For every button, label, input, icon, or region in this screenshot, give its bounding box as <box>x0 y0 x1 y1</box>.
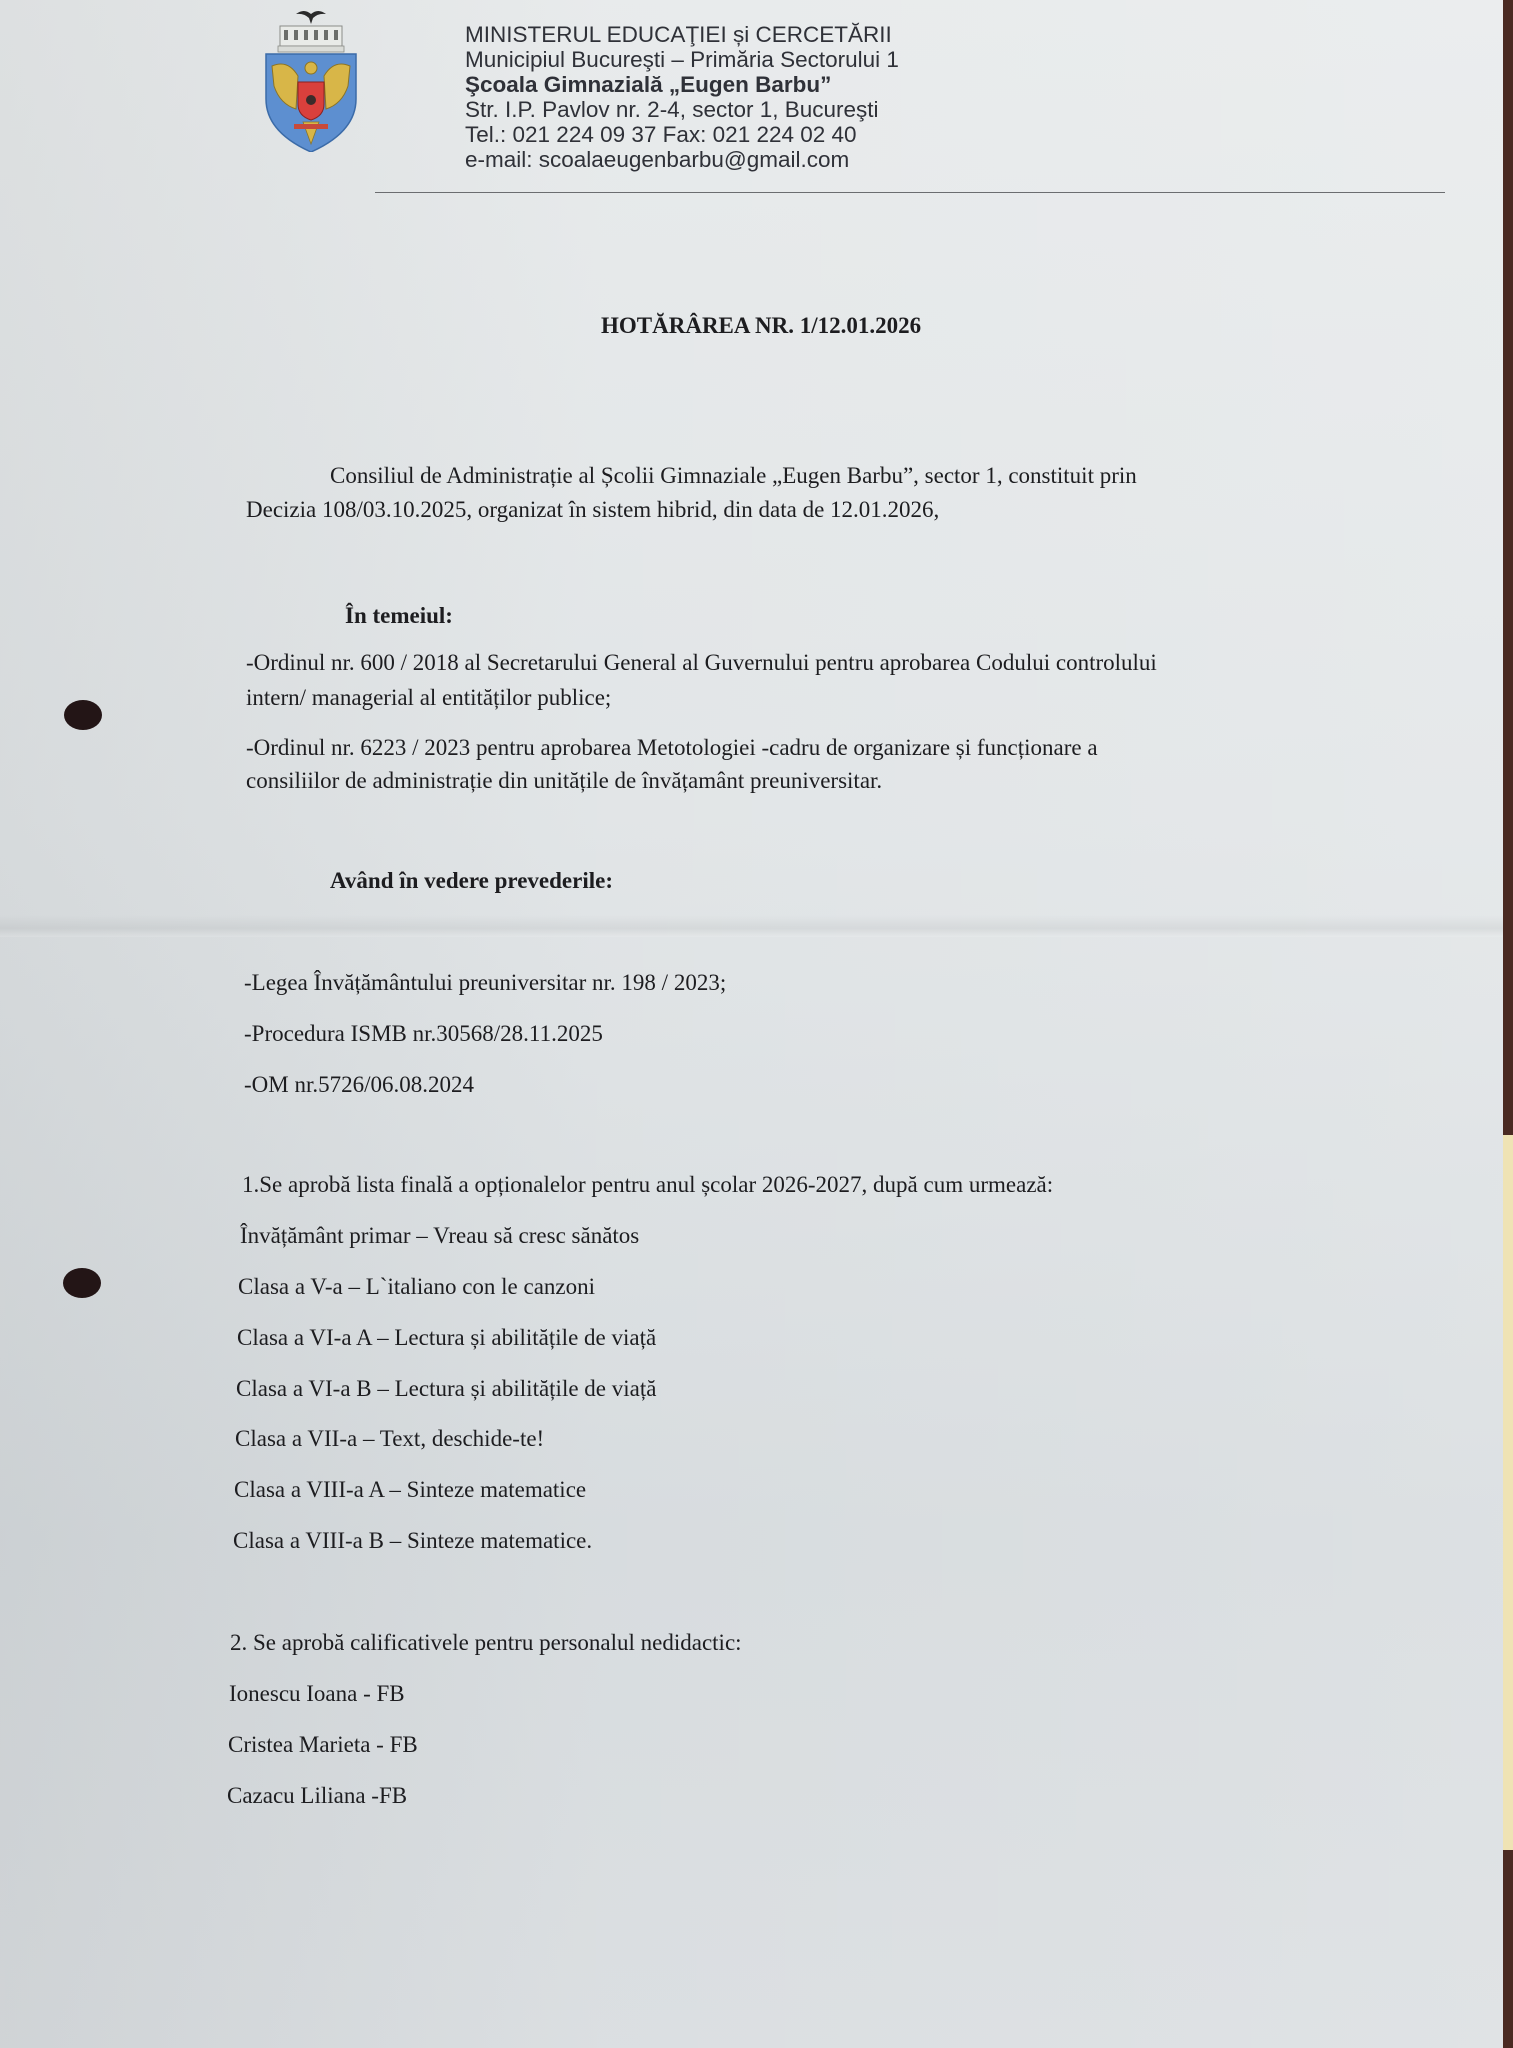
staff-rating-item: Cazacu Liliana -FB <box>227 1783 407 1809</box>
document-title: HOTĂRÂREA NR. 1/12.01.2026 <box>601 313 921 339</box>
decision-2-heading: 2. Se aprobă calificativele pentru perso… <box>230 1630 742 1656</box>
basis-item-1-line-2: intern/ managerial al entităților public… <box>246 685 611 711</box>
decision-1-heading: 1.Se aprobă lista finală a opționalelor … <box>242 1172 1053 1198</box>
paper-fold <box>0 915 1503 937</box>
provisions-heading: Având în vedere prevederile: <box>330 868 613 894</box>
punch-hole <box>63 1268 101 1298</box>
letterhead: MINISTERUL EDUCAŢIEI și CERCETĂRII Munic… <box>465 22 899 172</box>
provision-item: -Legea Învățământului preuniversitar nr.… <box>244 970 726 996</box>
optional-course-item: Învățământ primar – Vreau să cresc sănăt… <box>240 1223 639 1249</box>
optional-course-item: Clasa a V-a – L`italiano con le canzoni <box>238 1274 595 1300</box>
staff-rating-item: Ionescu Ioana - FB <box>229 1681 405 1707</box>
school-name: Şcoala Gimnazială „Eugen Barbu” <box>465 72 899 97</box>
optional-course-item: Clasa a VIII-a A – Sinteze matematice <box>234 1477 586 1503</box>
optional-course-item: Clasa a VI-a A – Lectura și abilitățile … <box>237 1325 656 1351</box>
basis-item-1-line-1: -Ordinul nr. 600 / 2018 al Secretarului … <box>246 650 1157 676</box>
punch-hole <box>64 700 102 730</box>
bucharest-coat-of-arms-icon <box>258 4 364 152</box>
basis-item-2-line-1: -Ordinul nr. 6223 / 2023 pentru aprobare… <box>246 735 1098 761</box>
municipality-name: Municipiul Bucureşti – Primăria Sectorul… <box>465 47 899 72</box>
show-through-text <box>248 265 254 291</box>
intro-line-2: Decizia 108/03.10.2025, organizat în sis… <box>246 497 939 523</box>
staff-rating-item: Cristea Marieta - FB <box>228 1732 418 1758</box>
school-address: Str. I.P. Pavlov nr. 2-4, sector 1, Bucu… <box>465 97 899 122</box>
phone-fax: Tel.: 021 224 09 37 Fax: 021 224 02 40 <box>465 122 899 147</box>
basis-item-2-line-2: consiliilor de administrație din unități… <box>246 768 882 794</box>
basis-heading: În temeiul: <box>345 603 453 629</box>
provision-item: -OM nr.5726/06.08.2024 <box>244 1072 474 1098</box>
underlying-yellow-sheet <box>1503 1135 1513 1850</box>
header-divider <box>375 192 1445 193</box>
optional-course-item: Clasa a VII-a – Text, deschide-te! <box>235 1426 544 1452</box>
ministry-name: MINISTERUL EDUCAŢIEI și CERCETĂRII <box>465 22 899 47</box>
optional-course-item: Clasa a VI-a B – Lectura și abilitățile … <box>236 1376 656 1402</box>
intro-line-1: Consiliul de Administrație al Școlii Gim… <box>330 463 1137 489</box>
email: e-mail: scoalaeugenbarbu@gmail.com <box>465 147 899 172</box>
provision-item: -Procedura ISMB nr.30568/28.11.2025 <box>244 1021 603 1047</box>
document-page: MINISTERUL EDUCAŢIEI și CERCETĂRII Munic… <box>0 0 1503 2048</box>
optional-course-item: Clasa a VIII-a B – Sinteze matematice. <box>233 1528 592 1554</box>
